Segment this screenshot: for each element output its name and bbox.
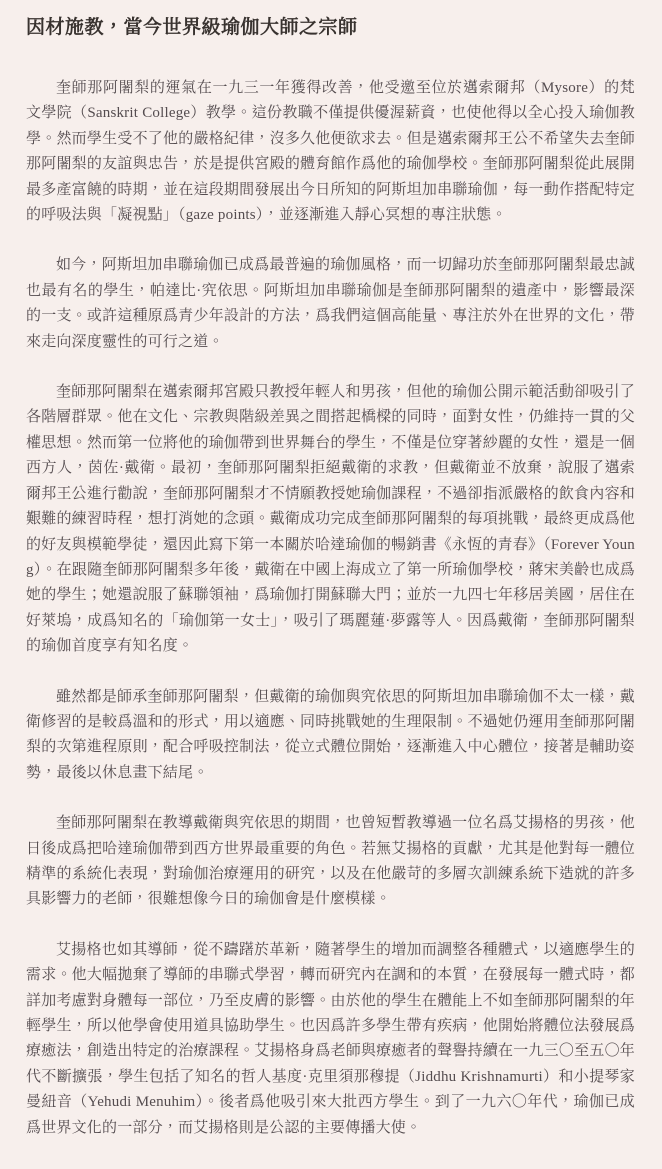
paragraph-iyengar-innovation: 艾揚格也如其導師，從不躊躇於革新，隨著學生的增加而調整各種體式，以適應學生的需求… bbox=[26, 938, 635, 1141]
page-title: 因材施教，當今世界級瑜伽大師之宗師 bbox=[26, 16, 635, 40]
ebook-reader-page: { "page": { "title": "因材施教，當今世界級瑜伽大師之宗師"… bbox=[0, 0, 662, 1169]
paragraph-indra-devi: 奎師那阿闍梨在邁索爾邦宮殿只教授年輕人和男孩，但他的瑜伽公開示範活動卻吸引了各階… bbox=[26, 380, 635, 659]
paragraph-iyengar-intro: 奎師那阿闍梨在教導戴衛與究依思的期間，也曾短暫教導過一位名爲艾揚格的男孩，他日後… bbox=[26, 811, 635, 913]
body-text: 奎師那阿闍梨的運氣在一九三一年獲得改善，他受邀至位於邁索爾邦（Mysore）的梵… bbox=[26, 76, 635, 1141]
paragraph-devi-practice-style: 雖然都是師承奎師那阿闍梨，但戴衛的瑜伽與究依思的阿斯坦加串聯瑜伽不太一樣，戴衛修… bbox=[26, 685, 635, 787]
document-page: 因材施教，當今世界級瑜伽大師之宗師 奎師那阿闍梨的運氣在一九三一年獲得改善，他受… bbox=[0, 0, 662, 1169]
paragraph-ashtanga-jois: 如今，阿斯坦加串聯瑜伽已成爲最普遍的瑜伽風格，而一切歸功於奎師那阿闍梨最忠誠也最… bbox=[26, 253, 635, 355]
paragraph-krishnamacharya-mysore: 奎師那阿闍梨的運氣在一九三一年獲得改善，他受邀至位於邁索爾邦（Mysore）的梵… bbox=[26, 76, 635, 228]
